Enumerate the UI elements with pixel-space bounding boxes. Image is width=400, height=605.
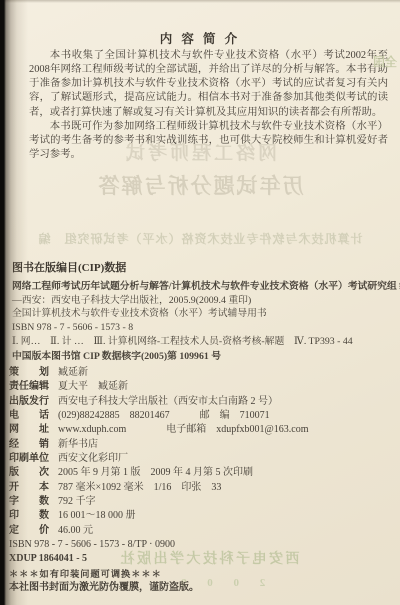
colophon-row-label: 责任编辑	[9, 380, 49, 394]
cip-header: 图书在版编目(CIP)数据	[12, 259, 396, 275]
colophon-row: 电 话(029)88242885 88201467 邮 编 710071	[9, 409, 396, 423]
page-top-scan-shadow	[0, 0, 400, 3]
colophon-footer: ISBN 978 - 7 - 5606 - 1573 - 8/TP · 0900…	[9, 538, 396, 595]
colophon-row-value: 臧延新	[58, 367, 88, 378]
colophon-row: 定 价46.00 元	[9, 524, 396, 538]
colophon-footer-line: ISBN 978 - 7 - 5606 - 1573 - 8/TP · 0900	[9, 538, 396, 552]
showthrough-editor-line: 计算机技术与软件专业技术资格（水平）考试研究组 编	[0, 230, 400, 247]
content-summary-title: 内 容 简 介	[0, 29, 400, 47]
colophon-row: 字 数792 千字	[9, 495, 396, 509]
colophon-row: 出版发行西安电子科技大学出版社（西安市太白南路 2 号）	[9, 395, 396, 409]
colophon-row: 网 址www.xduph.com 电子邮箱 xdupfxb001@163.com	[9, 423, 396, 437]
colophon-row-value: 46.00 元	[58, 525, 93, 536]
cip-line: Ⅰ. 网… Ⅱ. 计 … Ⅲ. 计算机网络-工程技术人员-资格考核-解题 Ⅳ. …	[12, 335, 396, 349]
colophon-row-value: 夏大平 臧延新	[58, 381, 128, 392]
cip-line: ISBN 978 - 7 - 5606 - 1573 - 8	[12, 321, 396, 335]
content-summary-text: 本书收集了全国计算机技术与软件专业技术资格（水平）考试2002年至2008年网络…	[29, 49, 388, 162]
colophon-row-label: 字 数	[9, 495, 49, 509]
colophon-row-value: 新华书店	[58, 439, 98, 450]
colophon-row-label: 出版发行	[9, 395, 49, 409]
colophon-footer-line: XDUP 1864041 - 5	[9, 552, 396, 566]
colophon-row-label: 版 次	[9, 466, 49, 480]
summary-paragraph: 本书收集了全国计算机技术与软件专业技术资格（水平）考试2002年至2008年网络…	[29, 49, 388, 120]
colophon-row-value: 787 毫米×1092 毫米 1/16 印张 33	[58, 482, 221, 493]
colophon-row-label: 印刷单位	[9, 452, 49, 466]
colophon-row-label: 印 数	[9, 509, 49, 523]
summary-paragraph: 本书既可作为参加网络工程师级计算机技术与软件专业技术资格（水平）考试的考生备考的…	[29, 120, 388, 162]
colophon-row: 印刷单位西安文化彩印厂	[9, 452, 396, 466]
colophon-row-label: 定 价	[9, 524, 49, 538]
colophon-row-value: 西安电子科技大学出版社（西安市太白南路 2 号）	[58, 396, 278, 407]
colophon-row: 经 销新华书店	[9, 438, 396, 452]
colophon-row-value: 792 千字	[58, 496, 96, 507]
colophon-row-value: (029)88242885 88201467 邮 编 710071	[58, 410, 270, 421]
colophon-row-value: 西安文化彩印厂	[58, 453, 128, 464]
colophon-rows: 策 划臧延新责任编辑夏大平 臧延新出版发行西安电子科技大学出版社（西安市太白南路…	[9, 366, 396, 538]
colophon-row-label: 经 销	[9, 438, 49, 452]
colophon-row-value: 16 001～18 000 册	[58, 510, 136, 521]
colophon-row-value: www.xduph.com 电子邮箱 xdupfxb001@163.com	[58, 424, 309, 435]
colophon-row-value: 2005 年 9 月第 1 版 2009 年 4 月第 5 次印刷	[58, 467, 253, 478]
showthrough-book-title-line2: 历年试题分析与解答	[0, 170, 400, 200]
colophon-row: 印 数16 001～18 000 册	[9, 509, 396, 523]
colophon-row: 策 划臧延新	[9, 366, 396, 380]
colophon-block: 策 划臧延新责任编辑夏大平 臧延新出版发行西安电子科技大学出版社（西安市太白南路…	[9, 366, 396, 596]
colophon-footer-line: 本社图书封面为激光防伪覆膜，谨防盗版。	[9, 581, 396, 595]
colophon-row: 开 本787 毫米×1092 毫米 1/16 印张 33	[9, 481, 396, 495]
colophon-row-label: 网 址	[9, 423, 49, 437]
book-copyright-page: 内 容 简 介 本书收集了全国计算机技术与软件专业技术资格（水平）考试2002年…	[0, 0, 400, 605]
colophon-footer-line: ＊＊＊如有印装问题可调换＊＊＊	[9, 567, 396, 581]
cip-data-block: 图书在版编目(CIP)数据 网络工程师考试历年试题分析与解答/计算机技术与软件专…	[12, 259, 396, 363]
colophon-row: 版 次2005 年 9 月第 1 版 2009 年 4 月第 5 次印刷	[9, 466, 396, 480]
cip-line: —西安：西安电子科技大学出版社，2005.9(2009.4 重印)	[12, 294, 396, 308]
cip-line: 全国计算机技术与软件专业技术资格（水平）考试辅导用书	[12, 307, 396, 321]
cip-line: 网络工程师考试历年试题分析与解答/计算机技术与软件专业技术资格（水平）考试研究组…	[12, 280, 396, 294]
colophon-row-label: 电 话	[9, 409, 49, 423]
cip-line: 中国版本图书馆 CIP 数据核字(2005)第 109961 号	[12, 350, 396, 364]
cip-lines: 网络工程师考试历年试题分析与解答/计算机技术与软件专业技术资格（水平）考试研究组…	[12, 280, 396, 363]
colophon-row: 责任编辑夏大平 臧延新	[9, 380, 396, 394]
colophon-row-label: 策 划	[9, 366, 49, 380]
colophon-row-label: 开 本	[9, 481, 49, 495]
